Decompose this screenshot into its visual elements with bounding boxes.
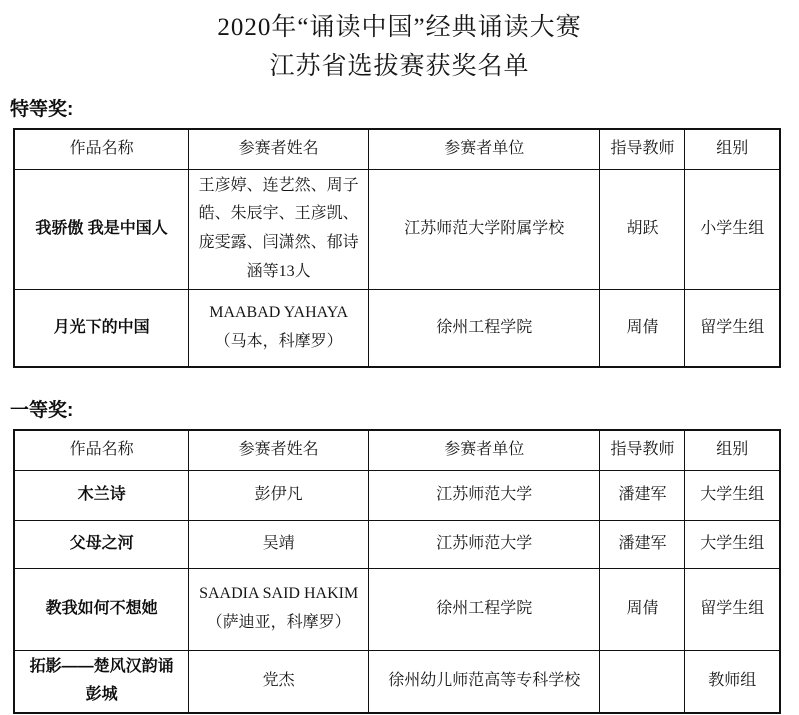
teacher-cell: 潘建军: [600, 520, 685, 568]
column-header-participant-name: 参赛者姓名: [189, 129, 369, 169]
work-title-cell: 拓影——楚风汉韵诵彭城: [14, 650, 189, 713]
teacher-cell: [600, 650, 685, 713]
participants-cell: 彭伊凡: [189, 470, 369, 520]
column-header-participant-unit: 参赛者单位: [369, 430, 600, 470]
participants-cell: 吴靖: [189, 520, 369, 568]
column-header-work: 作品名称: [14, 430, 189, 470]
table-row: 月光下的中国 MAABAD YAHAYA （马本，科摩罗） 徐州工程学院 周倩 …: [14, 289, 780, 367]
column-header-group: 组别: [685, 430, 780, 470]
table-header-row: 作品名称 参赛者姓名 参赛者单位 指导教师 组别: [14, 129, 780, 169]
title-line-1: 2020年“诵读中国”经典诵读大赛: [0, 8, 799, 47]
first-prize-table: 作品名称 参赛者姓名 参赛者单位 指导教师 组别 木兰诗 彭伊凡 江苏师范大学 …: [13, 429, 781, 714]
column-header-participant-name: 参赛者姓名: [189, 430, 369, 470]
table-header-row: 作品名称 参赛者姓名 参赛者单位 指导教师 组别: [14, 430, 780, 470]
title-line-2: 江苏省选拔赛获奖名单: [0, 47, 799, 86]
table-row: 我骄傲 我是中国人 王彦婷、连艺然、周子皓、朱辰宇、王彦凯、庞雯露、闫潇然、郁诗…: [14, 169, 780, 289]
column-header-teacher: 指导教师: [600, 129, 685, 169]
participants-cell: 党杰: [189, 650, 369, 713]
table-row: 父母之河 吴靖 江苏师范大学 潘建军 大学生组: [14, 520, 780, 568]
work-title-cell: 父母之河: [14, 520, 189, 568]
work-title-cell: 教我如何不想她: [14, 568, 189, 650]
section-heading-first-prize: 一等奖:: [10, 399, 799, 423]
document-page: 2020年“诵读中国”经典诵读大赛 江苏省选拔赛获奖名单 特等奖: 作品名称 参…: [0, 0, 799, 715]
teacher-cell: 周倩: [600, 568, 685, 650]
unit-cell: 徐州幼儿师范高等专科学校: [369, 650, 600, 713]
participants-cell: MAABAD YAHAYA （马本，科摩罗）: [189, 289, 369, 367]
group-cell: 小学生组: [685, 169, 780, 289]
page-title: 2020年“诵读中国”经典诵读大赛 江苏省选拔赛获奖名单: [0, 8, 799, 86]
group-cell: 大学生组: [685, 470, 780, 520]
column-header-work: 作品名称: [14, 129, 189, 169]
group-cell: 教师组: [685, 650, 780, 713]
table-row: 教我如何不想她 SAADIA SAID HAKIM （萨迪亚，科摩罗） 徐州工程…: [14, 568, 780, 650]
work-title-cell: 木兰诗: [14, 470, 189, 520]
unit-cell: 徐州工程学院: [369, 568, 600, 650]
unit-cell: 江苏师范大学: [369, 470, 600, 520]
column-header-group: 组别: [685, 129, 780, 169]
teacher-cell: 胡跃: [600, 169, 685, 289]
column-header-participant-unit: 参赛者单位: [369, 129, 600, 169]
teacher-cell: 潘建军: [600, 470, 685, 520]
group-cell: 留学生组: [685, 568, 780, 650]
work-title-cell: 月光下的中国: [14, 289, 189, 367]
unit-cell: 江苏师范大学附属学校: [369, 169, 600, 289]
teacher-cell: 周倩: [600, 289, 685, 367]
work-title-cell: 我骄傲 我是中国人: [14, 169, 189, 289]
column-header-teacher: 指导教师: [600, 430, 685, 470]
unit-cell: 徐州工程学院: [369, 289, 600, 367]
special-prize-table: 作品名称 参赛者姓名 参赛者单位 指导教师 组别 我骄傲 我是中国人 王彦婷、连…: [13, 128, 781, 368]
group-cell: 大学生组: [685, 520, 780, 568]
participants-cell: SAADIA SAID HAKIM （萨迪亚，科摩罗）: [189, 568, 369, 650]
table-row: 拓影——楚风汉韵诵彭城 党杰 徐州幼儿师范高等专科学校 教师组: [14, 650, 780, 713]
section-heading-special-prize: 特等奖:: [10, 98, 799, 122]
unit-cell: 江苏师范大学: [369, 520, 600, 568]
table-row: 木兰诗 彭伊凡 江苏师范大学 潘建军 大学生组: [14, 470, 780, 520]
participants-cell: 王彦婷、连艺然、周子皓、朱辰宇、王彦凯、庞雯露、闫潇然、郁诗涵等13人: [189, 169, 369, 289]
group-cell: 留学生组: [685, 289, 780, 367]
